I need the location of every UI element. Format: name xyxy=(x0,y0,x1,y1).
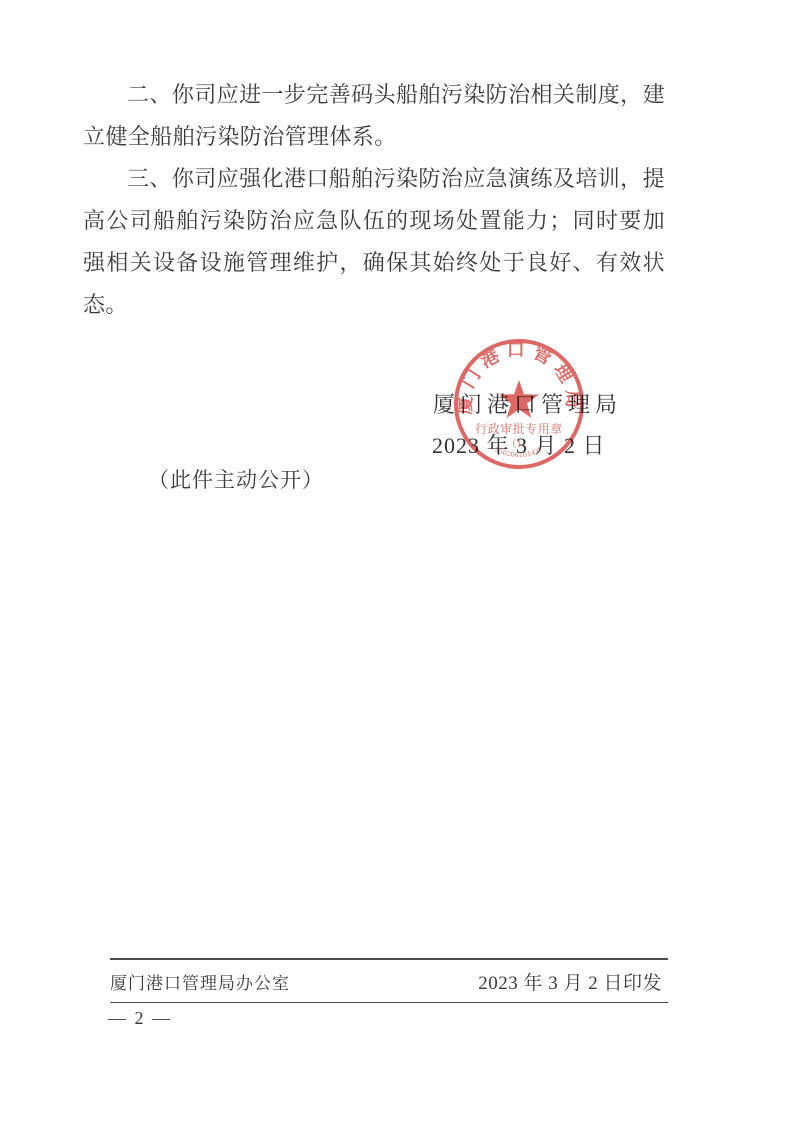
signature-date: 2023 年 3 月 2 日 xyxy=(432,429,606,460)
document-body: 二、你司应进一步完善码头船舶污染防治相关制度，建立健全船舶污染防治管理体系。 三… xyxy=(83,74,665,326)
footer-issuer-office: 厦门港口管理局办公室 xyxy=(110,969,290,994)
footer-top-rule xyxy=(110,958,668,960)
footer-row: 厦门港口管理局办公室 2023 年 3 月 2 日印发 xyxy=(110,968,668,995)
footer-bottom-rule xyxy=(110,1002,668,1003)
page-number: — 2 — xyxy=(108,1008,172,1029)
disclosure-note: （此件主动公开） xyxy=(148,464,324,494)
paragraph-item-2: 二、你司应进一步完善码头船舶污染防治相关制度，建立健全船舶污染防治管理体系。 xyxy=(83,74,665,158)
document-page: 二、你司应进一步完善码头船舶污染防治相关制度，建立健全船舶污染防治管理体系。 三… xyxy=(0,0,800,1132)
paragraph-item-3: 三、你司应强化港口船舶污染防治应急演练及培训，提高公司船舶污染防治应急队伍的现场… xyxy=(83,158,665,326)
footer-print-date: 2023 年 3 月 2 日印发 xyxy=(478,968,668,995)
signature-agency: 厦门港口管理局 xyxy=(433,388,622,419)
